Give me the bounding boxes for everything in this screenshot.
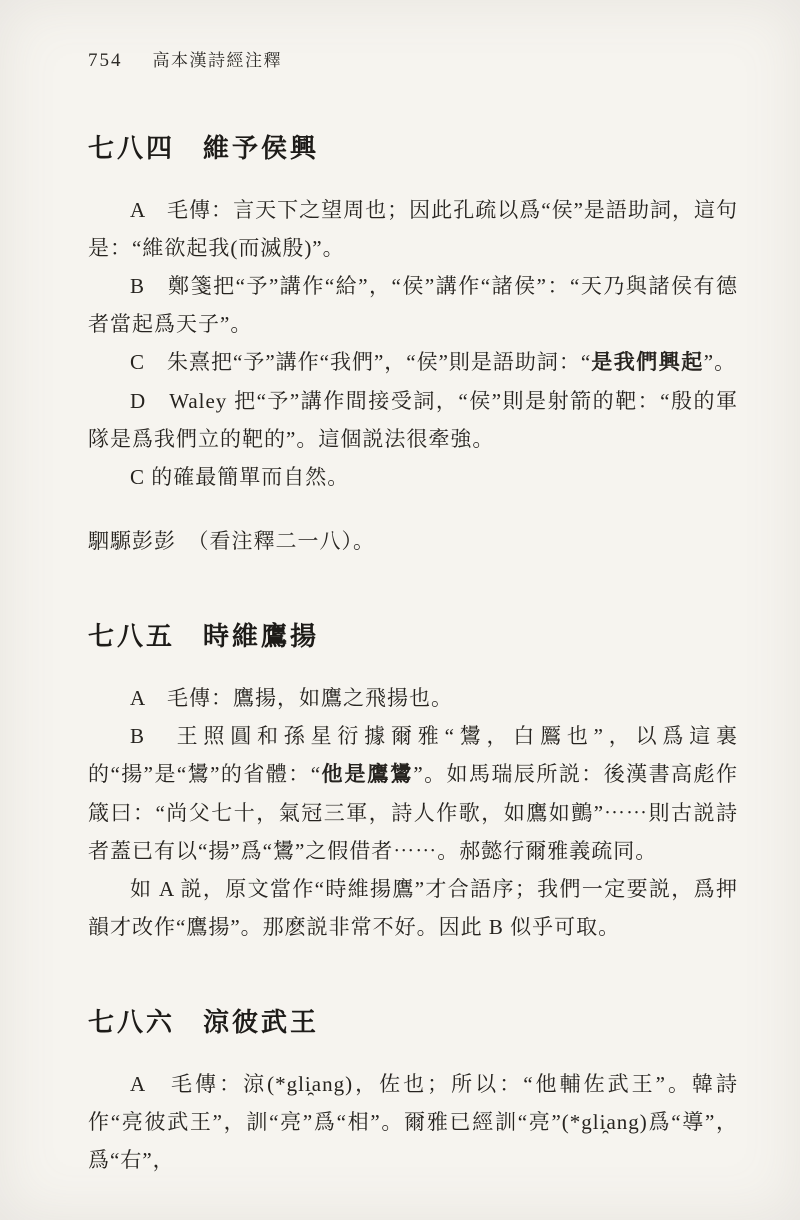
body-paragraph: A 毛傳：鷹揚，如鷹之飛揚也。	[88, 679, 738, 717]
text-run: 如 A 説，原文當作“時維揚鷹”才合語序；我們一定要説，爲押韻才改作“鷹揚”。那…	[88, 877, 738, 939]
section-heading: 七八六涼彼武王	[88, 1002, 738, 1039]
gloss-verse-line: 駟騵彭彭 （看注釋二一八）。	[88, 522, 738, 560]
text-run: C 朱熹把“予”講作“我們”，“侯”則是語助詞：“	[130, 350, 591, 374]
body-paragraph: A 毛傳：涼(*gli̯ang)，佐也；所以：“他輔佐武王”。韓詩作“亮彼武王”…	[88, 1065, 738, 1179]
text-run: A 毛傳：言天下之望周也；因此孔疏以爲“侯”是語助詞，這句是：“維欲起我(而滅殷…	[88, 198, 738, 260]
section-number: 七八四	[88, 133, 175, 163]
text-run: ”。	[704, 350, 736, 374]
bold-text-run: 是我們興起	[591, 351, 704, 374]
bold-text-run: 他是鷹鸉	[321, 763, 413, 786]
book-title: 高本漢詩經注釋	[153, 46, 283, 71]
body-paragraph: D Waley 把“予”講作間接受詞，“侯”則是射箭的靶：“殷的軍隊是爲我們立的…	[88, 382, 738, 458]
running-header: 754 高本漢詩經注釋	[88, 46, 738, 72]
section-title: 時維鷹揚	[203, 621, 319, 651]
text-run: B 鄭箋把“予”講作“給”，“侯”講作“諸侯”：“天乃與諸侯有德者當起爲天子”。	[88, 274, 738, 336]
section-heading: 七八四維予侯興	[88, 128, 738, 165]
text-run: A 毛傳：涼(*gli̯ang)，佐也；所以：“他輔佐武王”。韓詩作“亮彼武王”…	[88, 1072, 738, 1172]
body-paragraph: C 的確最簡單而自然。	[88, 458, 738, 496]
body-paragraph: A 毛傳：言天下之望周也；因此孔疏以爲“侯”是語助詞，這句是：“維欲起我(而滅殷…	[88, 191, 738, 267]
body-paragraph: 如 A 説，原文當作“時維揚鷹”才合語序；我們一定要説，爲押韻才改作“鷹揚”。那…	[88, 870, 738, 946]
text-run: 駟騵彭彭 （看注釋二一八）。	[88, 529, 375, 553]
section-title: 涼彼武王	[203, 1007, 319, 1037]
body-paragraph: C 朱熹把“予”講作“我們”，“侯”則是語助詞：“是我們興起”。	[88, 343, 738, 382]
body-paragraph: B 王照圓和孫星衍據爾雅“鸉，白鷢也”，以爲這裏的“揚”是“鸉”的省體：“他是鷹…	[88, 717, 738, 870]
book-page: 754 高本漢詩經注釋 七八四維予侯興A 毛傳：言天下之望周也；因此孔疏以爲“侯…	[0, 0, 800, 1220]
page-number: 754	[88, 50, 123, 72]
section-heading: 七八五時維鷹揚	[88, 616, 738, 653]
text-run: C 的確最簡單而自然。	[130, 465, 349, 489]
body-paragraph: B 鄭箋把“予”講作“給”，“侯”講作“諸侯”：“天乃與諸侯有德者當起爲天子”。	[88, 267, 738, 343]
section-title: 維予侯興	[203, 133, 319, 163]
section-number: 七八六	[88, 1007, 175, 1037]
text-run: D Waley 把“予”講作間接受詞，“侯”則是射箭的靶：“殷的軍隊是爲我們立的…	[88, 389, 738, 451]
text-run: A 毛傳：鷹揚，如鷹之飛揚也。	[130, 686, 453, 710]
section-number: 七八五	[88, 621, 175, 651]
page-content: 七八四維予侯興A 毛傳：言天下之望周也；因此孔疏以爲“侯”是語助詞，這句是：“維…	[88, 128, 738, 1179]
